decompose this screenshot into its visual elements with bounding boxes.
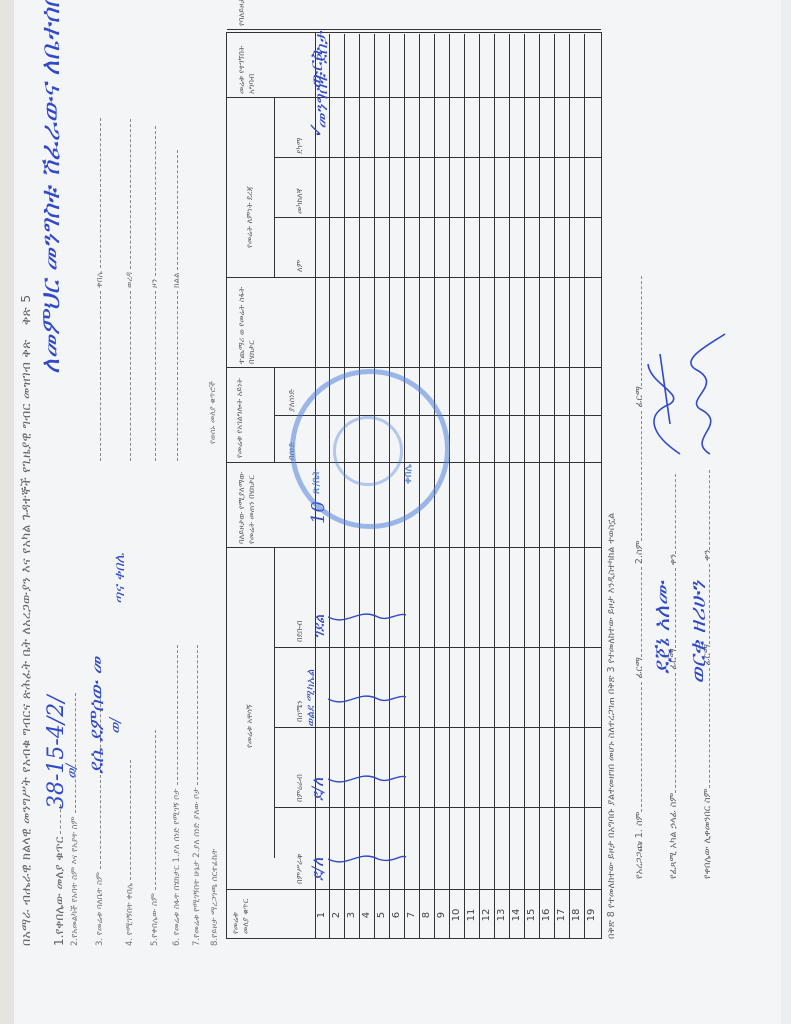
row-number: 1 (316, 905, 327, 925)
handwritten-chairman-name: ወርቁ ዘሪሁን (686, 581, 711, 684)
col-header-boundaries: የመሬቱ አዋሳኝ (245, 704, 255, 748)
field-location: 4. የሚገኝበት ቀበሌ (125, 757, 135, 946)
row-number: 19 (586, 905, 597, 925)
row-number: 4 (361, 905, 372, 925)
handwritten-kebele: ጣና ቀበሌ (112, 553, 128, 604)
page-label: ቅጽ 5 (18, 294, 33, 325)
field-kebele-name: 5.የቀበሌው ስም (150, 727, 160, 946)
row-number: 5 (376, 905, 387, 925)
col-header-service: የመሬቱ የአገልግሎት አይነት (235, 370, 245, 458)
handwritten-owner-2: ወ/ (106, 718, 124, 734)
field-right-woreda: ወረዳ (125, 116, 135, 464)
handwritten-dash-lines (328, 549, 408, 879)
col-header-id: የመሬቱ መለያ ቁጥር (231, 894, 251, 934)
field-kebele-id: 1.የቀበሌው መለያ ቁጥር (52, 801, 67, 946)
col-sub-without-doc: ያለሰነድ (287, 389, 297, 412)
form-sheet: በአማራ ብሔራዊ ክልላዊ መንግሥት የአብቁ ግብርና ጽሕፈት ቤት ለ… (0, 0, 791, 1024)
handwritten-executive-name: ደጀኔ አለሙ (650, 581, 675, 674)
official-stamp: ቀበሌ ጽ/ቤት (290, 369, 450, 529)
field-land-status: 7.የመሬቱ የሚገኝበት ሁኔታ 2.ያለ ሰነድ ያለው ቦታ (192, 642, 202, 946)
row1-holder-sign: መንግስቱ (312, 73, 332, 129)
row1-north: ወልደ ሚካኤል (304, 669, 318, 727)
row-number: 13 (496, 905, 507, 925)
row-number: 7 (406, 905, 417, 925)
field-right-region: ክልል (172, 147, 182, 464)
center-caption: የወሰኑ መለያ ቁጥሮች (208, 381, 218, 444)
col-header-holder-sign: የባለይዞታው ፊርማ (237, 0, 247, 26)
col-sub-west: በምዕራብ (295, 774, 305, 802)
form-title: በአማራ ብሔራዊ ክልላዊ መንግሥት የአብቁ ግብርና ጽሕፈት ቤት ለ… (18, 294, 34, 946)
row-number: 9 (436, 905, 447, 925)
field-land-size: 6. የመሬቱ ስፋት በሄክታር 1.ያለ ሰነድ የሚገኝ ቦታ (172, 642, 182, 946)
row-number: 12 (481, 905, 492, 925)
row-number: 2 (331, 905, 342, 925)
row-number: 16 (541, 905, 552, 925)
field-certificate: 8.የይዞታ ማረጋገጫ ሰርተፊኬት (210, 849, 220, 946)
row-number: 15 (526, 905, 537, 925)
col-sub-poor: ደካማ (295, 138, 305, 154)
row-number: 14 (511, 905, 522, 925)
row1-kebele-official: ደስታ (312, 32, 332, 64)
handwritten-owner: ደሴ ደምሰው መ (84, 657, 108, 774)
row1-west: ደ/ለ (308, 778, 328, 802)
col-header-fertility: የመሬት ለምነት ደረጃ (245, 186, 255, 248)
handwritten-applicant: ወ/ (64, 764, 80, 779)
col-sub-fertile: ለም (295, 260, 305, 272)
row-number: 11 (466, 905, 477, 925)
field-right-zone: ዞን (150, 123, 160, 464)
row-number: 17 (556, 905, 567, 925)
field-right-kebele: ቀበሌ (95, 115, 105, 464)
row-number: 8 (421, 905, 432, 925)
row-number: 6 (391, 905, 402, 925)
col-sub-east: በምሥራቅ (295, 854, 305, 884)
signature-chairman (680, 324, 740, 464)
row-number: 10 (451, 905, 462, 925)
col-sub-medium: መካከለኛ (295, 188, 305, 214)
handwritten-kebele-id: 38-15-4/2/ (44, 695, 69, 809)
footer-note: በቅጽ 8 የተመለከተው ይዞታ በአግባቡ ያልተመዘገበ መሆኑ ስለተረ… (606, 513, 617, 939)
row1-south: ገደል (310, 614, 328, 639)
field-applicant-name: 2.የአመልካች የአባት ስም እና የአያት ስም (70, 690, 80, 946)
col-sub-south: በደቡብ (295, 621, 305, 642)
col-header-acquisition: መሬቱ የተገኘበት አግባብ (237, 32, 257, 94)
col-header-extra-area: ተጨማሪ ወ የመሬት ስፋት በሄክታር (237, 280, 257, 364)
footer-executive: የፈጻሚ አካል ኃላፊ ስም ፊርማ ቀን (668, 474, 679, 879)
row-number: 3 (346, 905, 357, 925)
handwritten-beneficiary: ለመምህር መንግስቱ ሽፈራውና ለቤተሰቦቻቸው (36, 0, 67, 374)
col-header-area: ባለይዞታው የሚያለማው የመሬት መጠን በሄክታር (237, 466, 257, 544)
row-number: 18 (571, 905, 582, 925)
row1-east: ደ/ለ (308, 858, 328, 882)
